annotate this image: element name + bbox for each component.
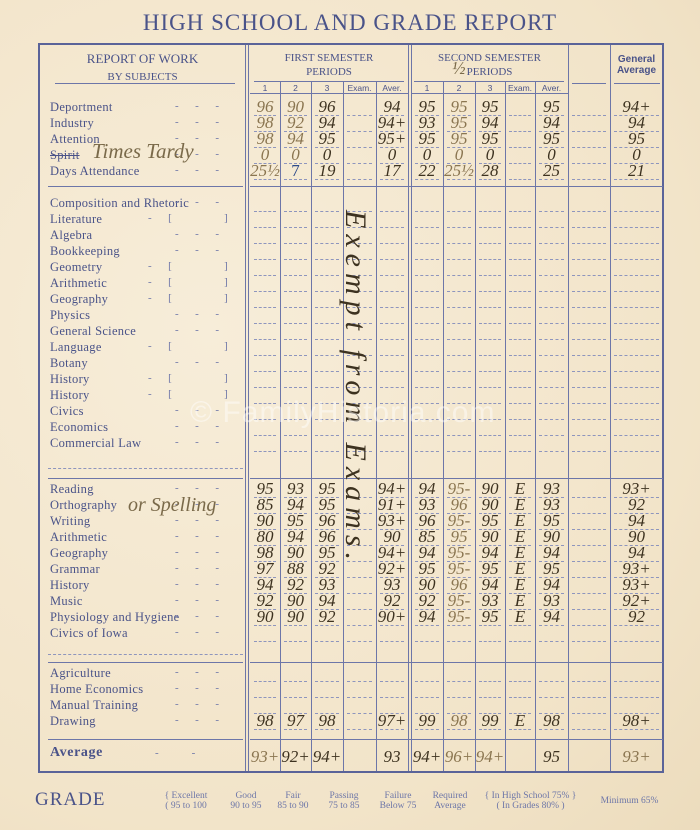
cell-dash — [254, 227, 276, 228]
cell-dash — [509, 243, 531, 244]
cell-dash — [614, 641, 659, 642]
cell-dash — [614, 435, 659, 436]
cell-dash — [614, 403, 659, 404]
cell-dash — [614, 371, 659, 372]
cell-dash — [347, 625, 372, 626]
cell-dash — [572, 697, 606, 698]
grade-value: 99 — [475, 711, 505, 731]
cell-dash — [479, 211, 501, 212]
dot-leader: - - - — [175, 546, 219, 558]
subject-label: Music — [50, 594, 83, 609]
cell-dash — [254, 243, 276, 244]
cell-dash — [572, 131, 606, 132]
cell-dash — [254, 371, 276, 372]
grade-value: 94+ — [475, 747, 505, 767]
grade-value: 98 — [535, 711, 568, 731]
cell-dash — [380, 243, 404, 244]
cell-dash — [614, 227, 659, 228]
grade-value: 95 — [475, 607, 505, 627]
grade-value: 7 — [280, 161, 311, 181]
cell-dash — [572, 641, 606, 642]
cell-dash — [254, 323, 276, 324]
cell-dash — [254, 211, 276, 212]
page-title: HIGH SCHOOL AND GRADE REPORT — [0, 10, 700, 36]
cell-dash — [479, 339, 501, 340]
cell-dash — [447, 211, 471, 212]
grade-value: 25½ — [443, 161, 475, 181]
cell-dash — [572, 211, 606, 212]
cell-dash — [315, 259, 339, 260]
cell-dash — [315, 697, 339, 698]
grade-value: 98 — [311, 711, 343, 731]
cell-dash — [479, 435, 501, 436]
cell-dash — [447, 339, 471, 340]
cell-dash — [415, 323, 439, 324]
rule-line — [411, 93, 568, 94]
cell-dash — [415, 259, 439, 260]
cell-dash — [479, 227, 501, 228]
cell-dash — [572, 625, 606, 626]
cell-dash — [479, 259, 501, 260]
grade-scale-range: 75 to 85 — [318, 801, 370, 811]
cell-dash — [447, 681, 471, 682]
column-header-3: 3 — [311, 83, 343, 93]
cell-dash — [572, 529, 606, 530]
cell-dash — [284, 451, 307, 452]
cell-dash — [509, 211, 531, 212]
grade-value: 90+ — [376, 607, 408, 627]
grade-scale-label: Good — [220, 791, 272, 801]
grade-value: 92 — [610, 607, 663, 627]
cell-dash — [539, 371, 564, 372]
cell-dash — [572, 513, 606, 514]
cell-dash — [447, 227, 471, 228]
cell-dash — [479, 243, 501, 244]
cell-dash — [539, 451, 564, 452]
subject-label: Bookkeeping — [50, 244, 120, 259]
dot-leader: - - - — [175, 244, 219, 256]
cell-dash — [415, 697, 439, 698]
cell-dash — [572, 497, 606, 498]
note-or-spelling: or Spelling — [128, 494, 216, 517]
note-exempt-from-exams: Exempt from Exams. — [338, 210, 372, 566]
cell-dash — [254, 641, 276, 642]
grade-value: 17 — [376, 161, 408, 181]
cell-dash — [380, 227, 404, 228]
cell-dash — [347, 729, 372, 730]
dot-leader: - - — [155, 747, 195, 759]
grade-value: 95 — [535, 747, 568, 767]
cell-dash — [315, 323, 339, 324]
subject-label: Orthography — [50, 498, 117, 513]
cell-dash — [284, 323, 307, 324]
cell-dash — [614, 387, 659, 388]
dot-leader: - [ ] — [148, 292, 228, 304]
cell-dash — [509, 355, 531, 356]
cell-dash — [572, 179, 606, 180]
cell-dash — [415, 307, 439, 308]
column-header-aver: Aver. — [535, 83, 568, 93]
cell-dash — [315, 339, 339, 340]
cell-dash — [254, 451, 276, 452]
cell-dash — [509, 275, 531, 276]
cell-dash — [254, 259, 276, 260]
grade-scale-range: 90 to 95 — [220, 801, 272, 811]
grade-scale-item: { Excellent( 95 to 100 — [160, 791, 212, 811]
cell-dash — [380, 211, 404, 212]
grade-value: 99 — [411, 711, 443, 731]
cell-dash — [347, 163, 372, 164]
subject-label: Economics — [50, 420, 108, 435]
cell-dash — [254, 291, 276, 292]
cell-dash — [572, 275, 606, 276]
cell-dash — [380, 435, 404, 436]
cell-dash — [315, 307, 339, 308]
cell-dash — [284, 243, 307, 244]
dot-leader: - - - — [175, 116, 219, 128]
cell-dash — [315, 435, 339, 436]
cell-dash — [479, 371, 501, 372]
cell-dash — [539, 419, 564, 420]
cell-dash — [284, 435, 307, 436]
dot-leader: - [ ] — [148, 340, 228, 352]
grade-value: 94 — [535, 607, 568, 627]
grade-value: 96+ — [443, 747, 475, 767]
cell-dash — [539, 681, 564, 682]
cell-dash — [447, 387, 471, 388]
cell-dash — [509, 227, 531, 228]
grade-value: 98 — [250, 711, 280, 731]
grade-value: 25 — [535, 161, 568, 181]
cell-dash — [415, 275, 439, 276]
cell-dash — [539, 323, 564, 324]
cell-dash — [509, 451, 531, 452]
cell-dash — [447, 323, 471, 324]
header-first-periods: PERIODS — [250, 65, 408, 80]
cell-dash — [380, 387, 404, 388]
cell-dash — [447, 291, 471, 292]
cell-dash — [254, 697, 276, 698]
cell-dash — [347, 697, 372, 698]
grade-value: 19 — [311, 161, 343, 181]
cell-dash — [415, 641, 439, 642]
cell-dash — [347, 641, 372, 642]
grade-value: 94 — [411, 607, 443, 627]
subject-label: Commercial Law — [50, 436, 141, 451]
rule-line — [254, 81, 404, 82]
grade-value: 28 — [475, 161, 505, 181]
grade-value: E — [505, 607, 535, 627]
cell-dash — [447, 355, 471, 356]
cell-dash — [572, 593, 606, 594]
column-header-2: 2 — [280, 83, 311, 93]
cell-dash — [614, 307, 659, 308]
cell-dash — [380, 291, 404, 292]
cell-dash — [572, 681, 606, 682]
cell-dash — [614, 211, 659, 212]
cell-dash — [315, 371, 339, 372]
dot-leader: - [ ] — [148, 260, 228, 272]
grade-value: 93 — [376, 747, 408, 767]
cell-dash — [509, 307, 531, 308]
grade-scale-range: ( 95 to 100 — [160, 801, 212, 811]
cell-dash — [572, 291, 606, 292]
cell-dash — [479, 307, 501, 308]
cell-dash — [572, 339, 606, 340]
cell-dash — [447, 275, 471, 276]
header-first-semester: FIRST SEMESTER — [250, 51, 408, 66]
dot-leader: - - - — [175, 698, 219, 710]
cell-dash — [447, 451, 471, 452]
cell-dash — [284, 211, 307, 212]
subject-label: Physiology and Hygiene — [50, 610, 180, 625]
cell-dash — [284, 291, 307, 292]
cell-dash — [509, 131, 531, 132]
cell-dash — [415, 371, 439, 372]
cell-dash — [614, 419, 659, 420]
cell-dash — [539, 259, 564, 260]
cell-dash — [415, 681, 439, 682]
subject-label: General Science — [50, 324, 136, 339]
dot-leader: - - - — [175, 196, 219, 208]
cell-dash — [315, 387, 339, 388]
subject-label: History — [50, 372, 90, 387]
grade-scale-label: Passing — [318, 791, 370, 801]
cell-dash — [479, 275, 501, 276]
cell-dash — [539, 387, 564, 388]
cell-dash — [380, 681, 404, 682]
cell-dash — [572, 243, 606, 244]
rule-line — [250, 186, 663, 187]
dot-leader: - - - — [175, 562, 219, 574]
subject-label: Agriculture — [50, 666, 111, 681]
required-average-label: RequiredAverage — [425, 791, 475, 811]
dot-leader: - - - — [175, 324, 219, 336]
cell-dash — [572, 307, 606, 308]
cell-dash — [614, 451, 659, 452]
grades-requirement: ( In Grades 80% ) — [478, 801, 583, 811]
cell-dash — [479, 641, 501, 642]
cell-dash — [479, 291, 501, 292]
cell-dash — [415, 435, 439, 436]
cell-dash — [509, 147, 531, 148]
subject-label: Literature — [50, 212, 102, 227]
cell-dash — [509, 681, 531, 682]
cell-dash — [347, 131, 372, 132]
rule-line — [250, 93, 408, 94]
subject-label: Reading — [50, 482, 94, 497]
grade-scale-label: { Excellent — [160, 791, 212, 801]
grade-scale-label: Fair — [267, 791, 319, 801]
rule-line — [572, 83, 606, 84]
cell-dash — [479, 697, 501, 698]
cell-dash — [572, 713, 606, 714]
cell-dash — [509, 259, 531, 260]
cell-dash — [572, 115, 606, 116]
dot-leader: - - - — [175, 100, 219, 112]
cell-dash — [415, 355, 439, 356]
dot-leader: - - - — [175, 530, 219, 542]
dot-leader: - [ ] — [148, 212, 228, 224]
cell-dash — [447, 641, 471, 642]
cell-dash — [254, 355, 276, 356]
subject-label: Language — [50, 340, 102, 355]
header-second-periods: PERIODS — [411, 65, 568, 80]
cell-dash — [572, 577, 606, 578]
grade-value: 98 — [443, 711, 475, 731]
required-line1: Required — [425, 791, 475, 801]
dot-leader: - - - — [175, 308, 219, 320]
cell-dash — [254, 339, 276, 340]
subject-label: Writing — [50, 514, 90, 529]
cell-dash — [380, 355, 404, 356]
cell-dash — [572, 419, 606, 420]
cell-dash — [254, 275, 276, 276]
grade-value: 21 — [610, 161, 663, 181]
cell-dash — [415, 227, 439, 228]
cell-dash — [509, 163, 531, 164]
cell-dash — [509, 419, 531, 420]
cell-dash — [284, 641, 307, 642]
subject-label: Drawing — [50, 714, 96, 729]
cell-dash — [572, 371, 606, 372]
cell-dash — [509, 697, 531, 698]
grade-value: 92+ — [280, 747, 311, 767]
dot-leader: - - - — [175, 610, 219, 622]
cell-dash — [415, 211, 439, 212]
dot-leader: - - - — [175, 578, 219, 590]
cell-dash — [284, 259, 307, 260]
cell-dash — [509, 371, 531, 372]
cell-dash — [509, 291, 531, 292]
cell-dash — [380, 641, 404, 642]
subject-label: History — [50, 388, 90, 403]
dot-leader: - - - — [175, 594, 219, 606]
footer-grade-label: GRADE — [35, 789, 105, 811]
grade-value: 90 — [280, 607, 311, 627]
rule-line — [48, 478, 243, 479]
header-second-semester: SECOND SEMESTER — [411, 51, 568, 66]
cell-dash — [509, 435, 531, 436]
column-header-1: 1 — [411, 83, 443, 93]
cell-dash — [284, 697, 307, 698]
subject-label: Geometry — [50, 260, 102, 275]
cell-dash — [48, 654, 243, 655]
cell-dash — [380, 323, 404, 324]
grade-value: 97 — [280, 711, 311, 731]
header-handwritten-mark: ½ — [452, 58, 466, 79]
cell-dash — [380, 697, 404, 698]
subject-label: Arithmetic — [50, 276, 107, 291]
cell-dash — [479, 451, 501, 452]
cell-dash — [509, 179, 531, 180]
cell-dash — [509, 641, 531, 642]
cell-dash — [572, 163, 606, 164]
dot-leader: - [ ] — [148, 372, 228, 384]
cell-dash — [284, 387, 307, 388]
grade-value: 93+ — [250, 747, 280, 767]
cell-dash — [539, 339, 564, 340]
cell-dash — [284, 681, 307, 682]
grade-scale-item: Fair85 to 90 — [267, 791, 319, 811]
cell-dash — [509, 323, 531, 324]
rule-line — [614, 83, 660, 84]
grade-value: 94+ — [411, 747, 443, 767]
rule-line — [48, 186, 243, 187]
cell-dash — [614, 243, 659, 244]
cell-dash — [315, 355, 339, 356]
required-line2: Average — [425, 801, 475, 811]
subject-label: Civics of Iowa — [50, 626, 128, 641]
cell-dash — [347, 713, 372, 714]
subject-label: Algebra — [50, 228, 92, 243]
cell-dash — [315, 227, 339, 228]
cell-dash — [415, 451, 439, 452]
cell-dash — [572, 259, 606, 260]
cell-dash — [284, 275, 307, 276]
cell-dash — [614, 355, 659, 356]
cell-dash — [254, 307, 276, 308]
cell-dash — [539, 243, 564, 244]
cell-dash — [539, 697, 564, 698]
grade-scale-item: Good90 to 95 — [220, 791, 272, 811]
cell-dash — [254, 387, 276, 388]
subject-label: Deportment — [50, 100, 113, 115]
subject-label: Geography — [50, 546, 108, 561]
subject-label: History — [50, 578, 90, 593]
cell-dash — [284, 339, 307, 340]
cell-dash — [539, 211, 564, 212]
cell-dash — [539, 641, 564, 642]
cell-dash — [479, 387, 501, 388]
cell-dash — [415, 339, 439, 340]
grade-scale-label: Failure — [372, 791, 424, 801]
subject-label: Grammar — [50, 562, 100, 577]
grade-value: 25½ — [250, 161, 280, 181]
grade-value: 92 — [311, 607, 343, 627]
subject-label: Manual Training — [50, 698, 138, 713]
grade-value: 94+ — [311, 747, 343, 767]
cell-dash — [614, 259, 659, 260]
dot-leader: - - - — [175, 228, 219, 240]
cell-dash — [315, 291, 339, 292]
column-header-exam: Exam. — [343, 83, 376, 93]
cell-dash — [614, 291, 659, 292]
cell-dash — [447, 697, 471, 698]
rule-line — [55, 83, 235, 84]
dot-leader: - - - — [175, 626, 219, 638]
cell-dash — [509, 387, 531, 388]
grade-value: 97+ — [376, 711, 408, 731]
cell-dash — [509, 115, 531, 116]
cell-dash — [572, 561, 606, 562]
cell-dash — [284, 307, 307, 308]
rule-line — [250, 739, 663, 740]
high-school-requirement: { In High School 75% } — [478, 791, 583, 801]
cell-dash — [284, 371, 307, 372]
cell-dash — [347, 593, 372, 594]
grade-value: E — [505, 711, 535, 731]
cell-dash — [447, 307, 471, 308]
cell-dash — [479, 355, 501, 356]
dot-leader: - - - — [175, 436, 219, 448]
cell-dash — [315, 681, 339, 682]
rule-line — [414, 81, 564, 82]
column-header-3: 3 — [475, 83, 505, 93]
cell-dash — [539, 403, 564, 404]
cell-dash — [572, 323, 606, 324]
cell-dash — [48, 468, 243, 469]
